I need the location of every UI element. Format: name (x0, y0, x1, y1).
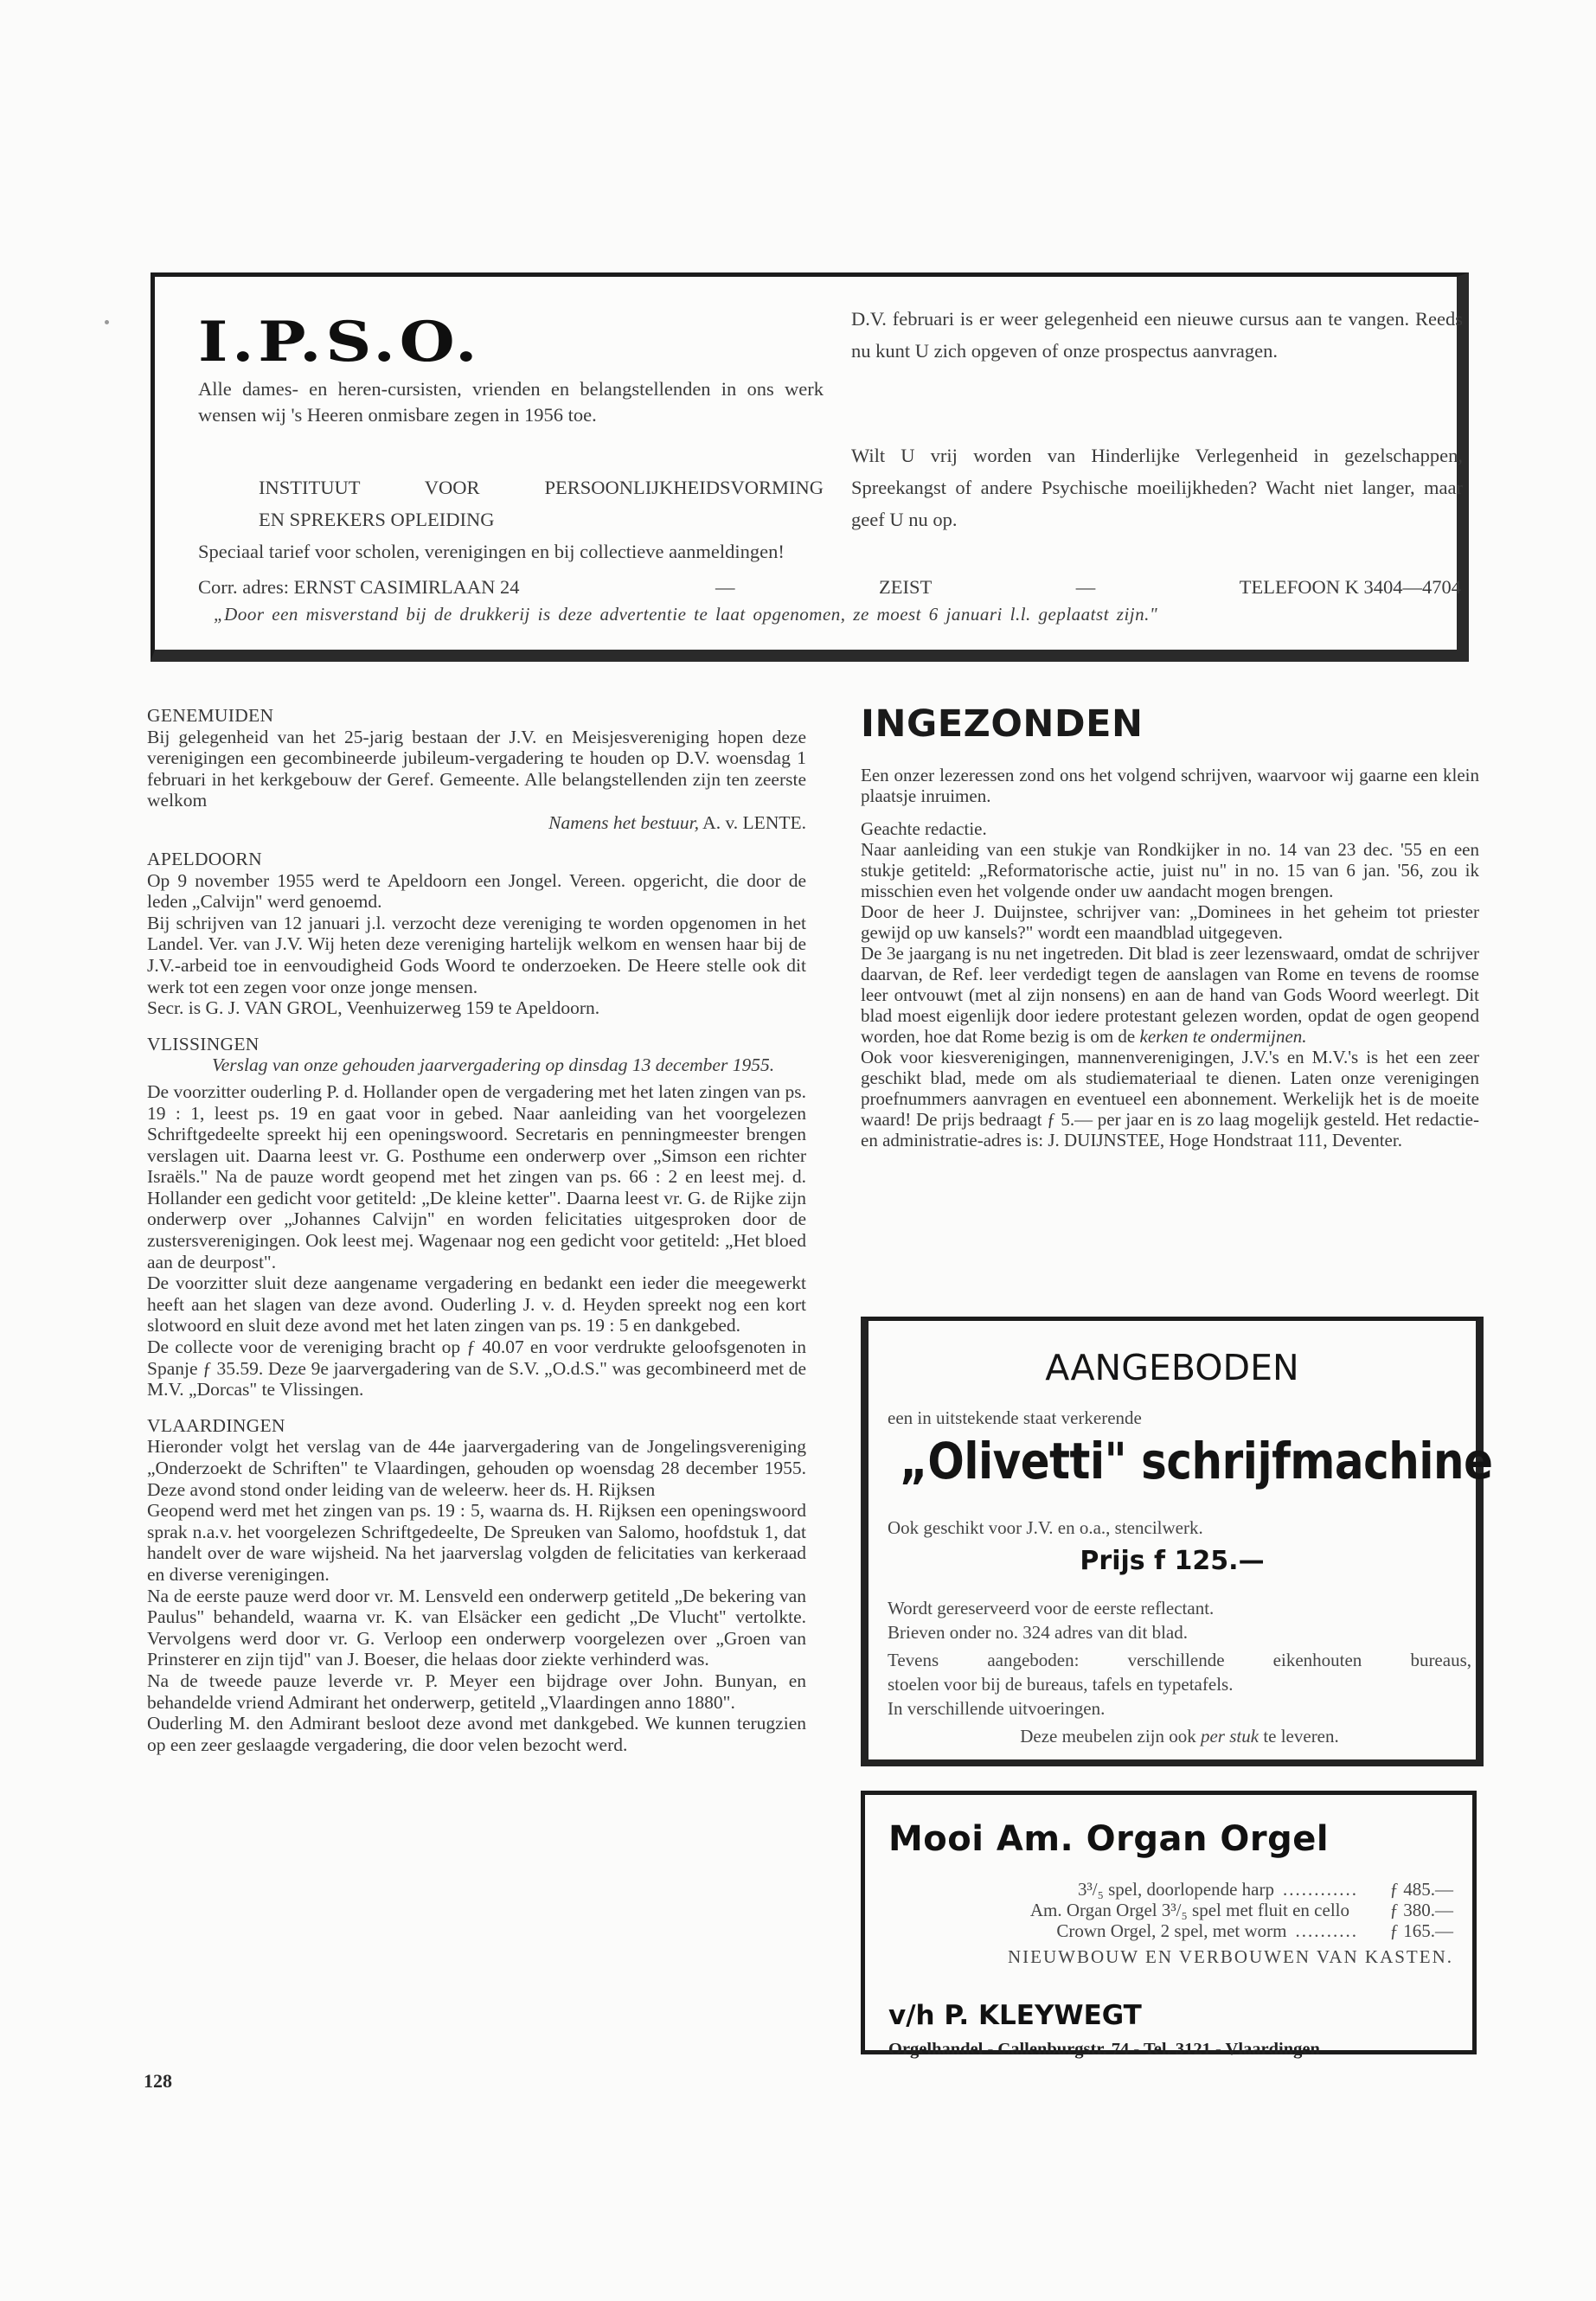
item-description: Am. Organ Orgel 3³/₅ spel met fluit en c… (1030, 1900, 1349, 1920)
ipso-title: I.P.S.O. (198, 310, 481, 375)
ad-line: Wordt gereserveerd voor de eerste reflec… (888, 1596, 1471, 1620)
price-list-item: 3³/₅ spel, doorlopende harp ............… (917, 1879, 1453, 1900)
institute-line-1: INSTITUUT VOOR PERSOONLIJKHEIDSVORMING (259, 471, 824, 503)
ipso-offer-text: Wilt U vrij worden van Hinderlijke Verle… (851, 439, 1463, 535)
article-subtitle: Verslag van onze gehouden jaarvergaderin… (147, 1054, 806, 1076)
leader-dots: ............ (1274, 1879, 1367, 1900)
ad-subtitle: een in uitstekende staat verkerende (888, 1407, 1142, 1429)
article-paragraph: Op 9 november 1955 werd te Apeldoorn een… (147, 870, 806, 913)
ad-details: Wordt gereserveerd voor de eerste reflec… (888, 1596, 1471, 1750)
article-vlaardingen: VLAARDINGEN Hieronder volgt het verslag … (147, 1415, 806, 1756)
signature-label: Namens het bestuur, (548, 812, 699, 833)
article-heading: VLISSINGEN (147, 1034, 806, 1055)
letter-emphasis: kerken te ondermijnen. (1140, 1026, 1307, 1047)
article-paragraph: Na de tweede pauze leverde vr. P. Meyer … (147, 1670, 806, 1713)
item-price: ƒ 380.— (1367, 1900, 1453, 1920)
ipso-institute-name: INSTITUUT VOOR PERSOONLIJKHEIDSVORMING E… (259, 471, 824, 535)
ad-line: Tevens aangeboden: verschillende eikenho… (888, 1648, 1471, 1672)
article-signature: Namens het bestuur, A. v. LENTE. (147, 811, 806, 834)
ad-price: Prijs f 125.— (869, 1546, 1476, 1576)
institute-line-2: EN SPREKERS OPLEIDING (259, 503, 824, 535)
ipso-printing-note: „Door een misverstand bij de drukkerij i… (214, 604, 1461, 625)
ingezonden-letter: INGEZONDEN Een onzer lezeressen zond ons… (861, 702, 1479, 1150)
ad-tagline: NIEUWBOUW EN VERBOUWEN VAN KASTEN. (917, 1946, 1453, 1967)
page-number: 128 (144, 2070, 172, 2093)
item-description: Crown Orgel, 2 spel, met worm (1056, 1920, 1286, 1941)
ad-line: Deze meubelen zijn ook per stuk te lever… (888, 1723, 1471, 1750)
leader-dots: .......... (1287, 1920, 1368, 1941)
section-title: INGEZONDEN (861, 702, 1479, 746)
separator-dash: — (1076, 576, 1096, 599)
ad-text: te leveren. (1263, 1726, 1338, 1747)
letter-intro: Een onzer lezeressen zond ons het volgen… (861, 765, 1479, 806)
ipso-course-text: D.V. februari is er weer gelegenheid een… (851, 303, 1463, 367)
ipso-special-rate: Speciaal tarief voor scholen, vereniging… (198, 541, 785, 563)
separator-dash: — (715, 576, 735, 599)
ipso-advertisement: I.P.S.O. Alle dames- en heren-cursisten,… (151, 272, 1469, 662)
ad-line: Brieven onder no. 324 adres van dit blad… (888, 1620, 1471, 1644)
ad-usage-note: Ook geschikt voor J.V. en o.a., stencilw… (888, 1517, 1203, 1539)
ad-title: Mooi Am. Organ Orgel (888, 1819, 1329, 1859)
signature-name: A. v. LENTE. (702, 812, 806, 833)
ipso-contact-line: Corr. adres: ERNST CASIMIRLAAN 24 — ZEIS… (198, 576, 1461, 599)
article-apeldoorn: APELDOORN Op 9 november 1955 werd te Ape… (147, 849, 806, 1019)
article-paragraph: Na de eerste pauze werd door vr. M. Lens… (147, 1586, 806, 1670)
article-heading: APELDOORN (147, 849, 806, 870)
article-paragraph: De voorzitter sluit deze aangename verga… (147, 1272, 806, 1336)
article-heading: VLAARDINGEN (147, 1415, 806, 1437)
price-list-item: Crown Orgel, 2 spel, met worm ..........… (917, 1920, 1453, 1941)
letter-paragraph: Ook voor kiesverenigingen, mannenverenig… (861, 1047, 1479, 1150)
item-price: ƒ 165.— (1367, 1920, 1453, 1941)
article-paragraph: De collecte voor de vereniging bracht op… (147, 1336, 806, 1400)
article-paragraph: Hieronder volgt het verslag van de 44e j… (147, 1436, 806, 1500)
letter-salutation: Geachte redactie. (861, 818, 1479, 839)
leader-dots (1349, 1900, 1367, 1920)
article-vlissingen: VLISSINGEN Verslag van onze gehouden jaa… (147, 1034, 806, 1400)
article-genemuiden: GENEMUIDEN Bij gelegenheid van het 25-ja… (147, 705, 806, 834)
letter-paragraph: De 3e jaargang is nu net ingetreden. Dit… (861, 943, 1479, 1047)
typewriter-advertisement: AANGEBODEN een in uitstekende staat verk… (861, 1317, 1484, 1766)
article-body: Bij gelegenheid van het 25-jarig bestaan… (147, 727, 806, 811)
article-paragraph: Geopend werd met het zingen van ps. 19 :… (147, 1500, 806, 1585)
club-news-column: GENEMUIDEN Bij gelegenheid van het 25-ja… (147, 705, 806, 1770)
ad-text: Deze meubelen zijn ook (1020, 1726, 1196, 1747)
article-paragraph: Secr. is G. J. VAN GROL, Veenhuizerweg 1… (147, 997, 806, 1019)
ipso-greeting: Alle dames- en heren-cursisten, vrienden… (198, 376, 824, 428)
article-heading: GENEMUIDEN (147, 705, 806, 727)
ad-emphasis: per stuk (1201, 1726, 1259, 1747)
item-description: 3³/₅ spel, doorlopende harp (1078, 1879, 1274, 1900)
ad-title: AANGEBODEN (869, 1347, 1476, 1388)
article-paragraph: De voorzitter ouderling P. d. Hollander … (147, 1081, 806, 1272)
letter-paragraph: Door de heer J. Duijnstee, schrijver van… (861, 901, 1479, 943)
letter-paragraph: Naar aanleiding van een stukje van Rondk… (861, 839, 1479, 901)
ipso-address: Corr. adres: ERNST CASIMIRLAAN 24 (198, 576, 519, 599)
article-paragraph: Bij schrijven van 12 januari j.l. verzoc… (147, 913, 806, 997)
ipso-phone: TELEFOON K 3404—4704 (1240, 576, 1461, 599)
print-speck (105, 320, 109, 324)
ad-line: stoelen voor bij de bureaus, tafels en t… (888, 1672, 1471, 1696)
article-paragraph: Ouderling M. den Admirant besloot deze a… (147, 1713, 806, 1755)
price-list-item: Am. Organ Orgel 3³/₅ spel met fluit en c… (917, 1900, 1453, 1920)
item-price: ƒ 485.— (1367, 1879, 1453, 1900)
ad-product-name: „Olivetti" schrijfmachine (900, 1432, 1493, 1490)
ad-line: In verschillende uitvoeringen. (888, 1696, 1471, 1721)
price-list: 3³/₅ spel, doorlopende harp ............… (917, 1879, 1453, 1967)
organ-advertisement: Mooi Am. Organ Orgel 3³/₅ spel, doorlope… (861, 1791, 1477, 2054)
company-address: Orgelhandel - Callenburgstr. 74 - Tel. 3… (888, 2040, 1320, 2060)
ipso-city: ZEIST (879, 576, 932, 599)
company-name: v/h P. KLEYWEGT (888, 2000, 1142, 2031)
